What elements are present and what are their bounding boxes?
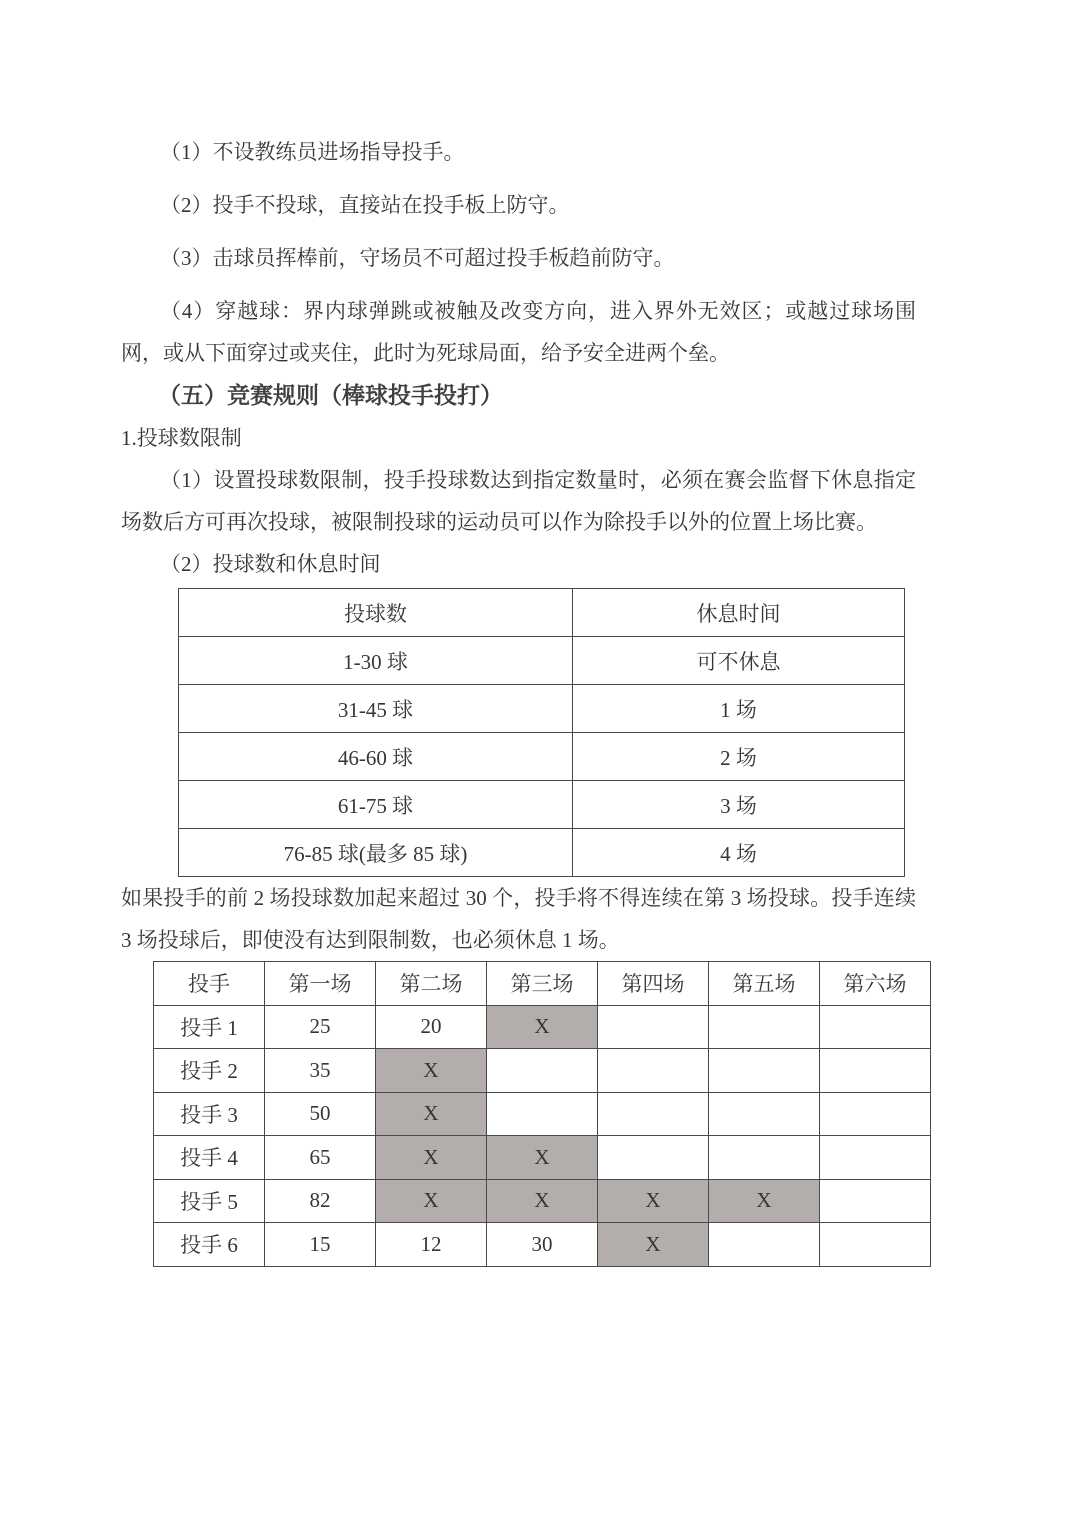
column-header: 第五场	[709, 962, 820, 1006]
document-content: （1）不设教练员进场指导投手。 （2）投手不投球，直接站在投手板上防守。 （3）…	[0, 0, 1080, 1267]
row-label: 投手 4	[154, 1136, 265, 1180]
table-cell: 15	[265, 1223, 376, 1267]
column-header: 第三场	[487, 962, 598, 1006]
note-paragraph: 如果投手的前 2 场投球数加起来超过 30 个，投手将不得连续在第 3 场投球。…	[121, 877, 916, 961]
table-cell: 31-45 球	[179, 685, 573, 733]
table-cell	[598, 1049, 709, 1093]
table-row: 投手 6151230X	[154, 1223, 931, 1267]
table-cell: 25	[265, 1005, 376, 1049]
table-cell: 35	[265, 1049, 376, 1093]
table-row: 31-45 球1 场	[179, 685, 905, 733]
table-row: 投手 350X	[154, 1092, 931, 1136]
pitch-limit-paragraph: （1）设置投球数限制，投手投球数达到指定数量时，必须在赛会监督下休息指定场数后方…	[121, 459, 916, 543]
pitcher-table-body: 投手 12520X投手 235X投手 350X投手 465XX投手 582XXX…	[154, 1005, 931, 1266]
row-label: 投手 6	[154, 1223, 265, 1267]
table-cell: X	[598, 1179, 709, 1223]
table-cell	[709, 1092, 820, 1136]
table-cell: 3 场	[573, 781, 905, 829]
table-row: 61-75 球3 场	[179, 781, 905, 829]
table-cell: 61-75 球	[179, 781, 573, 829]
table-cell: X	[376, 1092, 487, 1136]
table-cell	[487, 1049, 598, 1093]
table-row: 投手 582XXXX	[154, 1179, 931, 1223]
pitcher-schedule-table: 投手第一场第二场第三场第四场第五场第六场 投手 12520X投手 235X投手 …	[153, 961, 931, 1267]
table-cell: X	[376, 1049, 487, 1093]
table-cell	[487, 1092, 598, 1136]
table-cell: 50	[265, 1092, 376, 1136]
pitcher-table-header-row: 投手第一场第二场第三场第四场第五场第六场	[154, 962, 931, 1006]
column-header: 第六场	[820, 962, 931, 1006]
table-cell: 30	[487, 1223, 598, 1267]
table-cell: 76-85 球(最多 85 球)	[179, 829, 573, 877]
row-label: 投手 3	[154, 1092, 265, 1136]
rule-item-4: （4）穿越球：界内球弹跳或被触及改变方向，进入界外无效区；或越过球场围网，或从下…	[121, 290, 916, 374]
column-header: 休息时间	[573, 589, 905, 637]
table-cell: 4 场	[573, 829, 905, 877]
row-label: 投手 5	[154, 1179, 265, 1223]
sub-heading: 1.投球数限制	[121, 417, 916, 459]
table-cell: 可不休息	[573, 637, 905, 685]
section-heading: （五）竞赛规则（棒球投手投打）	[121, 374, 916, 417]
table-cell	[598, 1092, 709, 1136]
table-cell: 65	[265, 1136, 376, 1180]
table-cell: 46-60 球	[179, 733, 573, 781]
rest-time-table: 投球数休息时间 1-30 球可不休息31-45 球1 场46-60 球2 场61…	[178, 588, 905, 877]
table-cell: 20	[376, 1005, 487, 1049]
table-cell: X	[376, 1179, 487, 1223]
column-header: 投手	[154, 962, 265, 1006]
row-label: 投手 2	[154, 1049, 265, 1093]
table-cell	[598, 1136, 709, 1180]
table-cell	[820, 1005, 931, 1049]
rest-table-head: 投球数休息时间	[179, 589, 905, 637]
table-row: 投手 235X	[154, 1049, 931, 1093]
table-cell: X	[487, 1179, 598, 1223]
table-cell: 12	[376, 1223, 487, 1267]
table-row: 投手 12520X	[154, 1005, 931, 1049]
table-cell	[820, 1049, 931, 1093]
rest-table-body: 1-30 球可不休息31-45 球1 场46-60 球2 场61-75 球3 场…	[179, 637, 905, 877]
column-header: 投球数	[179, 589, 573, 637]
table-cell	[820, 1136, 931, 1180]
rest-time-label: （2）投球数和休息时间	[121, 543, 916, 585]
column-header: 第一场	[265, 962, 376, 1006]
rest-table-header-row: 投球数休息时间	[179, 589, 905, 637]
table-row: 投手 465XX	[154, 1136, 931, 1180]
table-cell	[820, 1223, 931, 1267]
table-cell: X	[598, 1223, 709, 1267]
rule-item-2: （2）投手不投球，直接站在投手板上防守。	[121, 184, 916, 226]
table-cell: 82	[265, 1179, 376, 1223]
table-cell: X	[487, 1136, 598, 1180]
table-cell: 1-30 球	[179, 637, 573, 685]
row-label: 投手 1	[154, 1005, 265, 1049]
column-header: 第四场	[598, 962, 709, 1006]
rule-item-3: （3）击球员挥棒前，守场员不可超过投手板趋前防守。	[121, 237, 916, 279]
table-cell	[709, 1005, 820, 1049]
table-cell: X	[709, 1179, 820, 1223]
column-header: 第二场	[376, 962, 487, 1006]
table-cell	[709, 1049, 820, 1093]
table-cell	[820, 1092, 931, 1136]
table-cell	[598, 1005, 709, 1049]
table-cell: X	[487, 1005, 598, 1049]
table-cell: 2 场	[573, 733, 905, 781]
table-row: 46-60 球2 场	[179, 733, 905, 781]
table-cell	[709, 1223, 820, 1267]
document-page: （1）不设教练员进场指导投手。 （2）投手不投球，直接站在投手板上防守。 （3）…	[0, 0, 1080, 1529]
pitcher-table-head: 投手第一场第二场第三场第四场第五场第六场	[154, 962, 931, 1006]
table-cell: 1 场	[573, 685, 905, 733]
table-cell	[709, 1136, 820, 1180]
table-cell	[820, 1179, 931, 1223]
table-row: 1-30 球可不休息	[179, 637, 905, 685]
table-cell: X	[376, 1136, 487, 1180]
table-row: 76-85 球(最多 85 球)4 场	[179, 829, 905, 877]
rule-item-1: （1）不设教练员进场指导投手。	[121, 131, 916, 173]
